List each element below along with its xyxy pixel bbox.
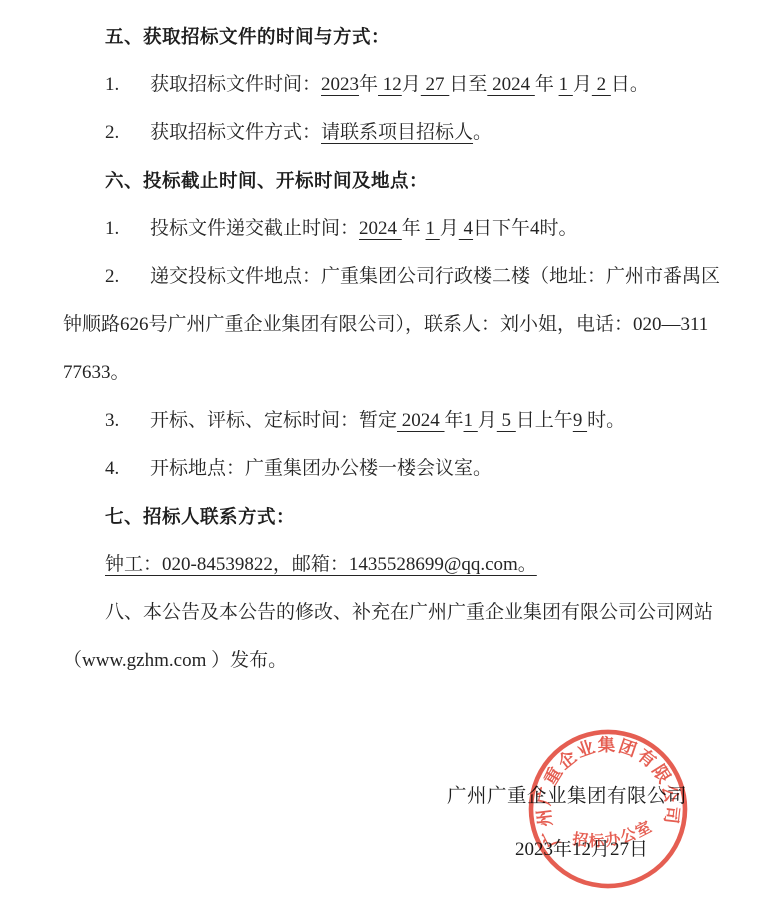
text-run: 月 xyxy=(440,218,459,239)
text-run: （www.gzhm.com ）发布。 xyxy=(63,650,287,671)
text-run: 开标、评标、定标时间：暂定 xyxy=(150,410,397,431)
text-run: 开标地点：广重集团办公楼一楼会议室。 xyxy=(150,458,492,479)
text-run: 日上午 xyxy=(516,410,573,431)
document-line: 七、招标人联系方式： xyxy=(63,493,722,541)
underlined-text-run: 2023 xyxy=(321,74,359,95)
document-line: 2.获取招标文件方式：请联系项目招标人。 xyxy=(63,109,722,157)
document-line: （www.gzhm.com ）发布。 xyxy=(63,637,722,685)
item-number: 3. xyxy=(105,397,150,445)
text-run: 投标文件递交截止时间： xyxy=(150,218,359,239)
underlined-text-run: 2024 xyxy=(359,218,402,239)
text-run: 年 xyxy=(535,74,559,95)
underlined-text-run: 27 xyxy=(421,74,450,95)
text-run: 递交投标文件地点：广重集团公司行政楼二楼（地址：广州市番禺区 xyxy=(150,266,720,287)
document-line: 2.递交投标文件地点：广重集团公司行政楼二楼（地址：广州市番禺区 xyxy=(63,253,722,301)
underlined-text-run: 1 xyxy=(426,218,440,239)
item-number: 1. xyxy=(105,205,150,253)
document-line: 1.投标文件递交截止时间：2024 年 1 月 4日下午4时。 xyxy=(63,205,722,253)
signature-company-name: 广州广重企业集团有限公司 xyxy=(447,784,687,810)
text-run: 钟顺路626号广州广重企业集团有限公司），联系人：刘小姐，电话：020—311 xyxy=(63,314,708,335)
document-body: 五、获取招标文件的时间与方式：1.获取招标文件时间：2023年 12月 27 日… xyxy=(63,13,722,685)
document-line: 77633。 xyxy=(63,349,722,397)
document-line: 五、获取招标文件的时间与方式： xyxy=(63,13,722,61)
document-line: 3.开标、评标、定标时间：暂定 2024 年1 月 5 日上午9 时。 xyxy=(63,397,722,445)
text-run: 七、招标人联系方式： xyxy=(105,506,295,527)
text-run: 年 xyxy=(359,74,378,95)
underlined-text-run: 2024 xyxy=(487,74,535,95)
text-run: 八、本公告及本公告的修改、补充在广州广重企业集团有限公司公司网站 xyxy=(105,602,713,623)
text-run: 时。 xyxy=(587,410,625,431)
underlined-text-run: 4 xyxy=(459,218,473,239)
document-line: 4.开标地点：广重集团办公楼一楼会议室。 xyxy=(63,445,722,493)
item-number: 4. xyxy=(105,445,150,493)
text-run: 月 xyxy=(573,74,592,95)
signature-date: 2023年12月27日 xyxy=(515,837,648,863)
underlined-text-run: 2024 xyxy=(397,410,445,431)
underlined-text-run: 2 xyxy=(592,74,611,95)
text-run: 月 xyxy=(478,410,497,431)
underlined-text-run: 12 xyxy=(378,74,402,95)
text-run: 日。 xyxy=(611,74,649,95)
underlined-text-run: 请联系项目招标人 xyxy=(321,122,473,143)
text-run: 五、获取招标文件的时间与方式： xyxy=(105,26,390,47)
text-run: 77633。 xyxy=(63,362,130,383)
underlined-text-run: 1 xyxy=(559,74,573,95)
item-number: 2. xyxy=(105,109,150,157)
text-run: 日下午4时。 xyxy=(473,218,578,239)
document-line: 八、本公告及本公告的修改、补充在广州广重企业集团有限公司公司网站 xyxy=(63,589,722,637)
text-run: 年 xyxy=(445,410,464,431)
document-page: 五、获取招标文件的时间与方式：1.获取招标文件时间：2023年 12月 27 日… xyxy=(0,0,784,911)
text-run: 月 xyxy=(402,74,421,95)
text-run: 。 xyxy=(473,122,492,143)
document-line: 六、投标截止时间、开标时间及地点： xyxy=(63,157,722,205)
item-number: 1. xyxy=(105,61,150,109)
document-line: 钟顺路626号广州广重企业集团有限公司），联系人：刘小姐，电话：020—311 xyxy=(63,301,722,349)
underlined-text-run: 1 xyxy=(464,410,478,431)
text-run: 日至 xyxy=(449,74,487,95)
item-number: 2. xyxy=(105,253,150,301)
underlined-text-run: 钟工：020-84539822，邮箱：1435528699@qq.com。 xyxy=(105,554,537,575)
underlined-text-run: 5 xyxy=(497,410,516,431)
text-run: 获取招标文件时间： xyxy=(150,74,321,95)
text-run: 年 xyxy=(402,218,426,239)
document-line: 钟工：020-84539822，邮箱：1435528699@qq.com。 xyxy=(63,541,722,589)
document-line: 1.获取招标文件时间：2023年 12月 27 日至 2024 年 1 月 2 … xyxy=(63,61,722,109)
text-run: 六、投标截止时间、开标时间及地点： xyxy=(105,170,428,191)
underlined-text-run: 9 xyxy=(573,410,587,431)
text-run: 获取招标文件方式： xyxy=(150,122,321,143)
